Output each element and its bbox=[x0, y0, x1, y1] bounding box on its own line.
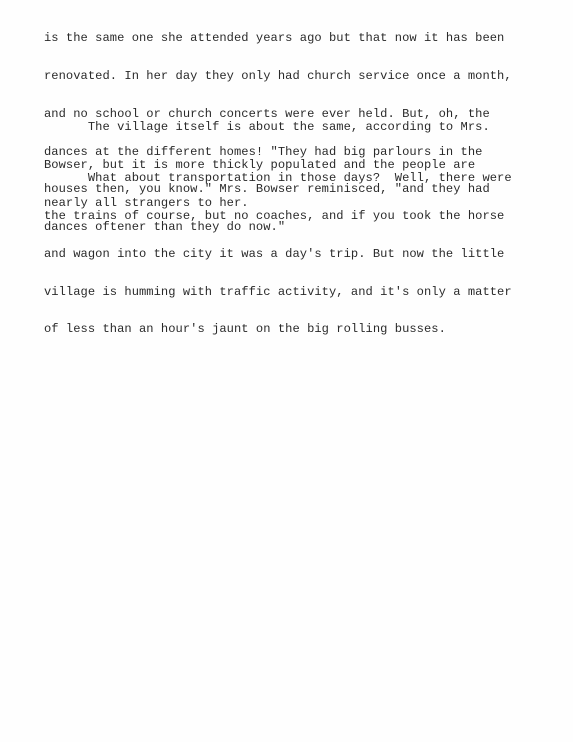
text-line: the trains of course, but no coaches, an… bbox=[44, 210, 512, 223]
text-line: What about transportation in those days?… bbox=[44, 172, 512, 185]
text-line: village is humming with traffic activity… bbox=[44, 286, 512, 299]
text-line: of less than an hour's jaunt on the big … bbox=[44, 323, 512, 336]
paragraph-transportation: What about transportation in those days?… bbox=[44, 147, 512, 361]
text-line: The village itself is about the same, ac… bbox=[44, 121, 490, 134]
text-line: renovated. In her day they only had chur… bbox=[44, 70, 512, 83]
text-line: and wagon into the city it was a day's t… bbox=[44, 248, 512, 261]
text-line: is the same one she attended years ago b… bbox=[44, 32, 512, 45]
document-page: is the same one she attended years ago b… bbox=[0, 0, 573, 742]
